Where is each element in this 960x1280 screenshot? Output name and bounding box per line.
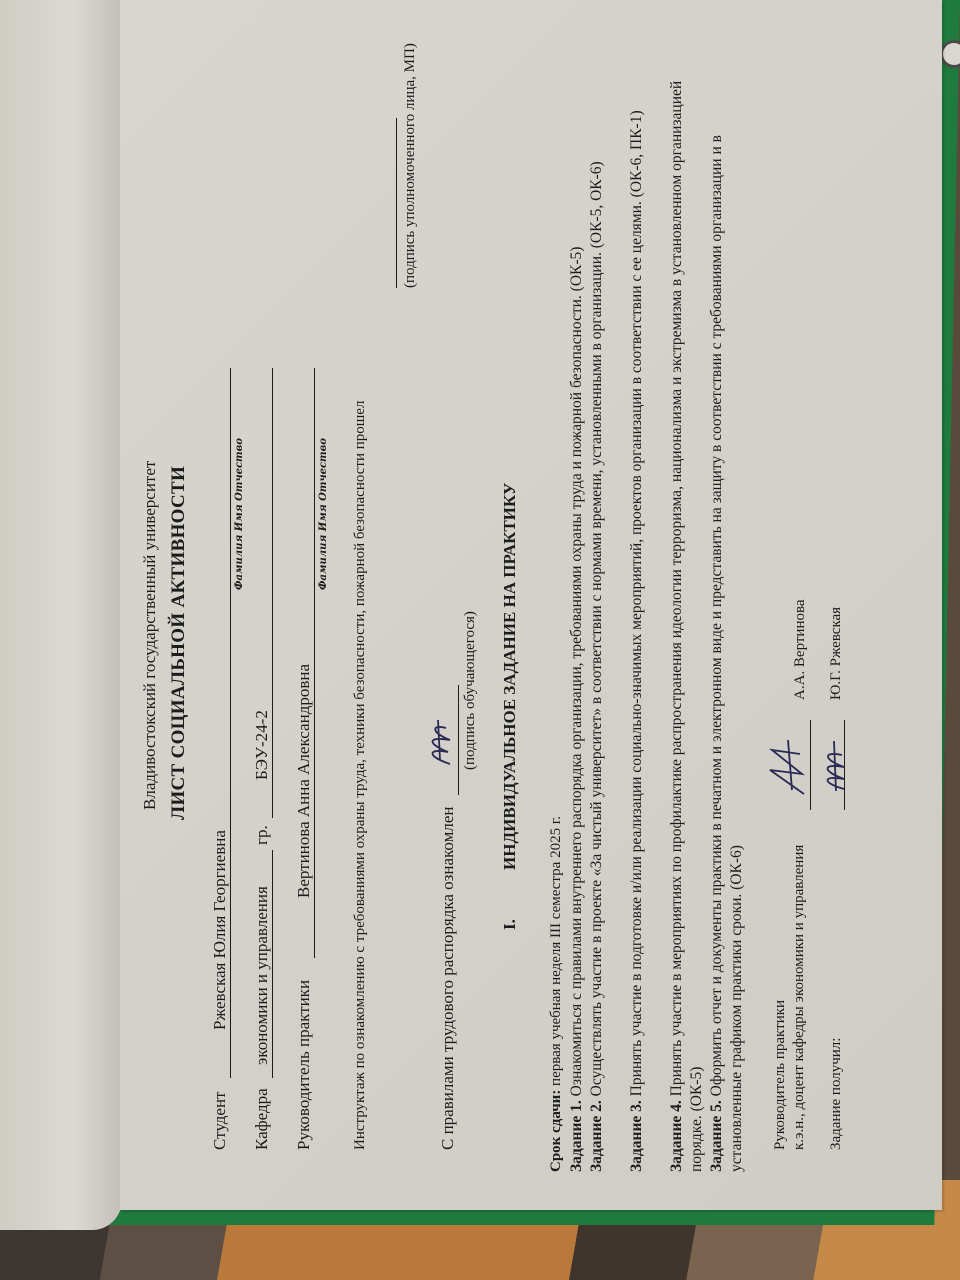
university-name: Владивостокский государственный универси… [140,461,160,810]
supervisor-hint: Фамилия Имя Отчество [318,438,329,590]
rules-text: С правилами трудового распорядка ознаком… [438,807,458,1150]
task-1: Задание 1. Ознакомиться с правилами внут… [567,52,587,1172]
signoff-received-label: Задание получил: [828,1038,845,1150]
task-5: Задание 5. Оформить отчет и документы пр… [707,52,747,1172]
department-line [272,850,273,1078]
student-signature [420,710,460,770]
binder-ring [940,40,960,68]
deadline-label: Срок сдачи: [548,1090,564,1172]
left-page-edge [0,0,122,1230]
briefing-signature-line [396,118,397,288]
department-label: Кафедра [252,1088,272,1150]
supervisor-signature [762,730,810,800]
signoff-supervisor-name: А.А. Вертинова [792,599,809,700]
deadline-value: первая учебная неделя III семестра 2025 … [548,816,564,1086]
student-signature-2 [814,735,854,795]
briefing-signature-caption: (подпись уполномоченного лица, МП) [402,43,419,288]
document-content: Владивостокский государственный универси… [120,40,880,1190]
deadline: Срок сдачи: первая учебная неделя III се… [548,816,565,1172]
signoff-received-name: Ю.Г. Ржевская [828,607,845,700]
task-2: Задание 2. Осуществлять участие в проект… [587,72,607,1172]
briefing-text: Инструктаж по ознакомлению с требованиям… [352,401,369,1150]
document-title: ЛИСТ СОЦИАЛЬНОЙ АКТИВНОСТИ [168,466,190,820]
group-line [272,368,273,818]
student-label: Студент [210,1092,230,1150]
student-value: Ржевская Юлия Георгиевна [210,830,230,1030]
task-4: Задание 4. Принять участие в мероприятия… [667,72,707,1172]
rules-signature-caption: (подпись обучающегося) [462,611,479,770]
signoff-supervisor-title: к.э.н., доцент кафедры экономики и управ… [791,845,808,1150]
supervisor-signature-line [810,720,811,810]
group-label: гр. [252,825,272,845]
section-number: I. [500,919,520,930]
section-title: ИНДИВИДУАЛЬНОЕ ЗАДАНИЕ НА ПРАКТИКУ [500,483,520,870]
supervisor-line [314,368,315,958]
department-value: экономики и управления [252,886,272,1065]
supervisor-value: Вертинова Анна Александровна [294,664,314,898]
task-3: Задание 3. Принять участие в подготовке … [627,72,647,1172]
student-line [230,368,231,1078]
signoff-supervisor-label: Руководитель практики [772,1000,789,1150]
supervisor-label: Руководитель практики [294,980,314,1150]
student-hint: Фамилия Имя Отчество [234,438,245,590]
group-value: БЭУ-24-2 [252,710,272,780]
